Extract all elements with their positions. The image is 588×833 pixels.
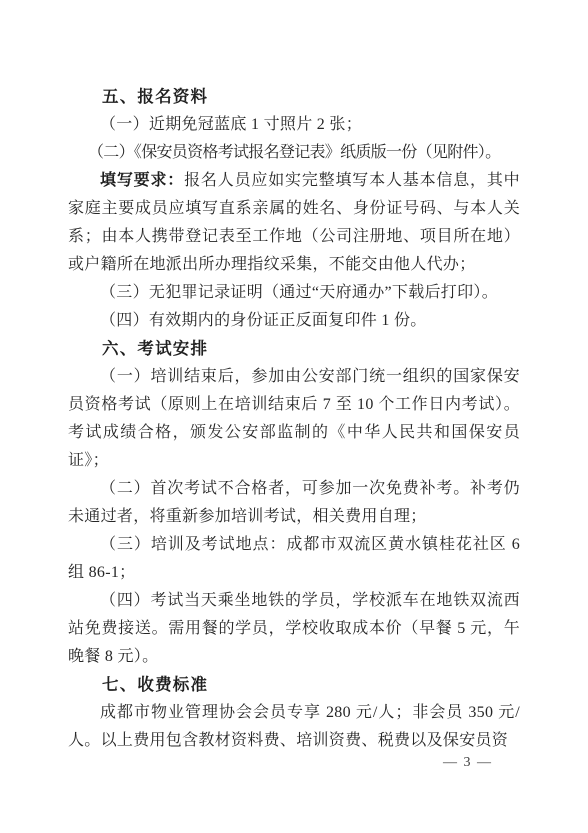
document-page: 五、报名资料 （一）近期免冠蓝底 1 寸照片 2 张； （二）《保安员资格考试报… bbox=[0, 0, 588, 833]
section-heading-exam-arrangement: 六、考试安排 bbox=[68, 335, 520, 363]
paragraph: （四）有效期内的身份证正反面复印件 1 份。 bbox=[68, 307, 520, 335]
section-heading-fee-standard: 七、收费标准 bbox=[68, 671, 520, 699]
paragraph: （一）近期免冠蓝底 1 寸照片 2 张； bbox=[68, 111, 520, 139]
paragraph: 填写要求：报名人员应如实完整填写本人基本信息，其中家庭主要成员应填写直系亲属的姓… bbox=[68, 167, 520, 279]
paragraph: 成都市物业管理协会会员专享 280 元/人；非会员 350 元/人。以上费用包含… bbox=[68, 699, 520, 755]
paragraph-bold-lead: 填写要求： bbox=[100, 172, 184, 189]
paragraph: （三）无犯罪记录证明（通过“天府通办”下载后打印）。 bbox=[68, 279, 520, 307]
paragraph: （二）《保安员资格考试报名登记表》纸质版一份（见附件）。 bbox=[68, 139, 520, 167]
paragraph: （二）首次考试不合格者，可参加一次免费补考。补考仍未通过者，将重新参加培训考试，… bbox=[68, 475, 520, 531]
section-heading-registration-materials: 五、报名资料 bbox=[68, 83, 520, 111]
document-content: 五、报名资料 （一）近期免冠蓝底 1 寸照片 2 张； （二）《保安员资格考试报… bbox=[68, 83, 520, 755]
paragraph: （三）培训及考试地点：成都市双流区黄水镇桂花社区 6 组 86-1； bbox=[68, 531, 520, 587]
paragraph: （四）考试当天乘坐地铁的学员，学校派车在地铁双流西站免费接送。需用餐的学员，学校… bbox=[68, 587, 520, 671]
page-number: — 3 — bbox=[443, 754, 493, 772]
paragraph: （一）培训结束后，参加由公安部门统一组织的国家保安员资格考试（原则上在培训结束后… bbox=[68, 363, 520, 475]
